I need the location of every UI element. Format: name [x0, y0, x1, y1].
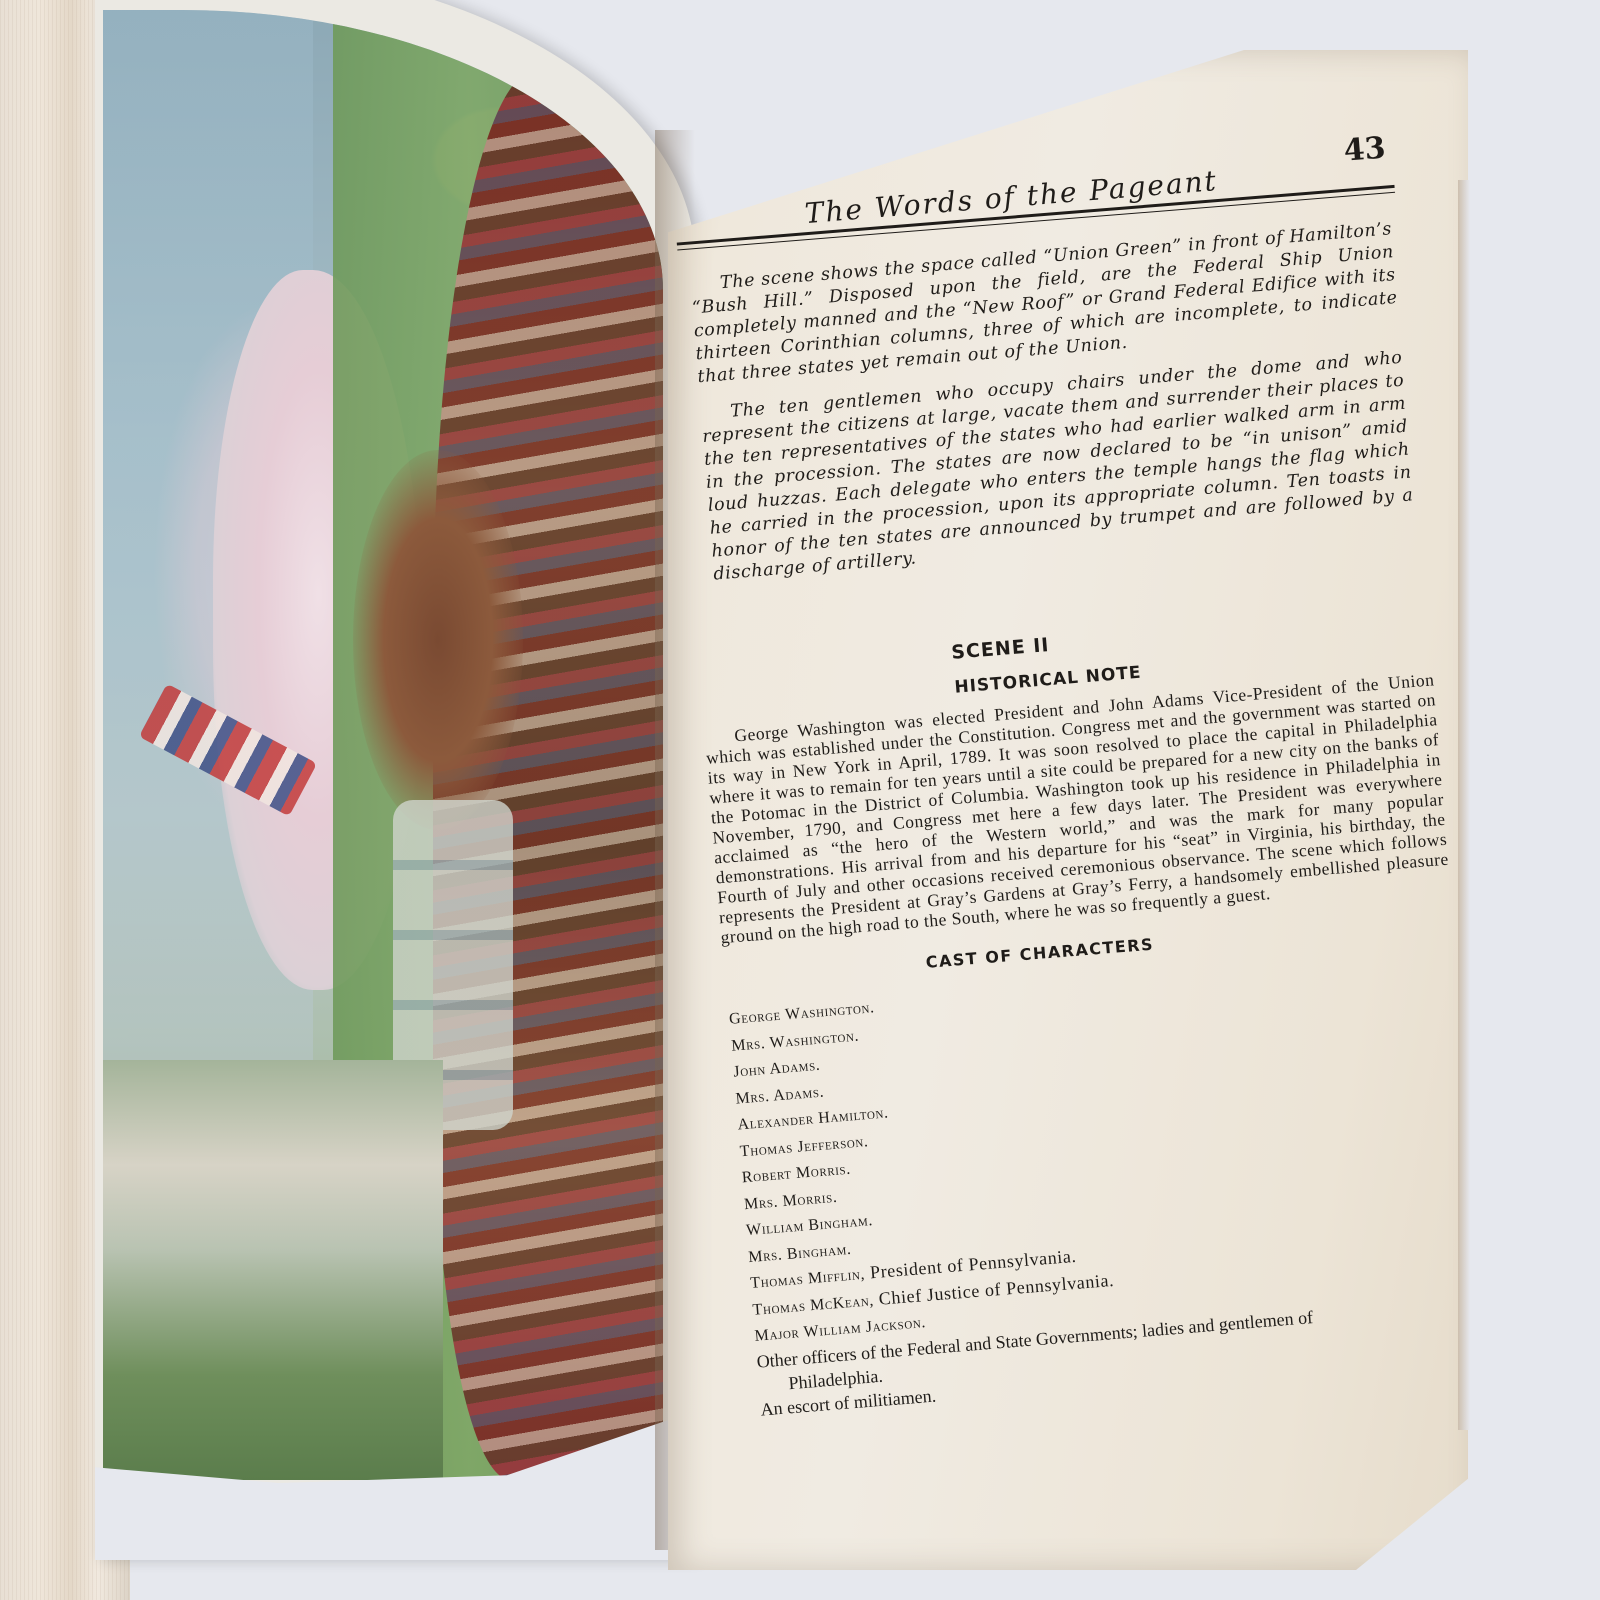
- page-content: The Words of the Pageant 43 The scene sh…: [652, 130, 1489, 1422]
- watercolor-illustration: [103, 10, 663, 1480]
- illustration-plate-page: [95, 0, 695, 1560]
- historical-note-paragraph: George Washington was elected President …: [704, 669, 1451, 947]
- page-number: 43: [1342, 130, 1386, 168]
- painted-horses: [353, 450, 523, 830]
- painted-foreground: [103, 1060, 443, 1480]
- cast-list: George Washington. Mrs. Washington. John…: [728, 947, 1483, 1349]
- stage-direction-paragraph: The ten gentlemen who occupy chairs unde…: [700, 347, 1416, 587]
